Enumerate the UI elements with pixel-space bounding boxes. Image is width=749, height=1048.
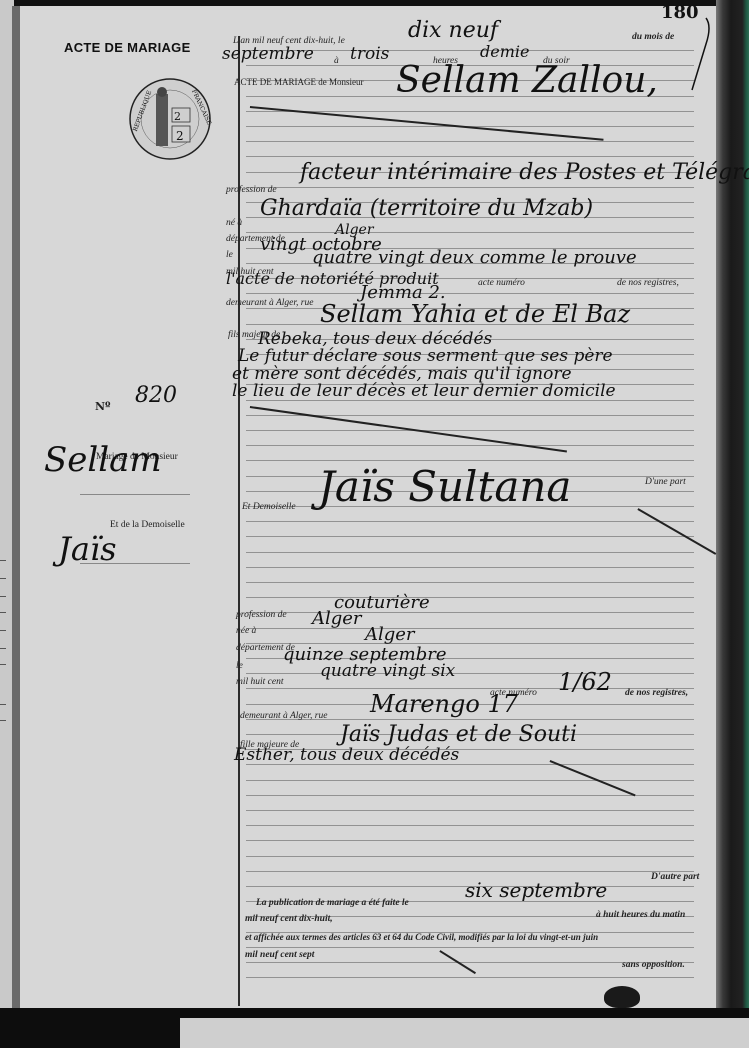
minutes-value: demie: [480, 42, 529, 61]
bride-margin-label: Et de la Demoiselle: [110, 520, 185, 530]
column-divider: [238, 36, 240, 1006]
left-binding-edge: [12, 6, 20, 1010]
bride-parents-2: Esther, tous deux décédés: [234, 745, 459, 765]
publication-date: six septembre: [465, 878, 607, 902]
numero-label: Nº: [95, 400, 111, 413]
hour-value: trois: [350, 44, 389, 64]
ink-blot: [604, 986, 640, 1008]
bride-parents-1: Jaïs Judas et de Souti: [340, 722, 577, 747]
right-binding-edge: [716, 0, 749, 1010]
groom-fullname: Sellam Zallou,: [396, 60, 658, 101]
bracket-mark: [684, 16, 714, 96]
note-line-1: Le futur déclare sous serment que ses pè…: [238, 346, 613, 366]
groom-birthplace: Ghardaïa (territoire du Mzab): [260, 196, 593, 221]
bride-acte-numero: 1/62: [558, 668, 612, 696]
day-value: dix neuf: [408, 18, 498, 43]
acte-label: ACTE DE MARIAGE de Monsieur: [234, 77, 364, 87]
publication-label: La publication de mariage a été faite le: [256, 898, 409, 908]
month-value: septembre: [222, 44, 314, 64]
groom-margin-name: Sellam: [44, 440, 162, 480]
record-number: Nº 820: [95, 395, 111, 414]
document-title: ACTE DE MARIAGE: [64, 40, 191, 55]
svg-text:2: 2: [176, 129, 184, 143]
numero-value: 820: [135, 383, 177, 408]
bride-fullname: Jaïs Sultana: [318, 462, 571, 511]
month-label: du mois de: [632, 32, 674, 42]
bride-address: Marengo 17: [370, 690, 518, 718]
groom-birthyear: quatre vingt deux comme le prouve: [312, 247, 637, 268]
svg-text:2: 2: [174, 110, 181, 123]
bride-birthyear: quatre vingt six: [320, 661, 455, 681]
bride-birthplace: Alger: [312, 608, 362, 629]
bride-departement: Alger: [365, 624, 415, 645]
groom-parents-1: Sellam Yahia et de El Baz: [320, 300, 630, 328]
fiscal-stamp-icon: 2 2 REPUBLIQUE FRANCAISE: [128, 78, 212, 160]
groom-profession: facteur intérimaire des Postes et Télégr…: [300, 160, 749, 185]
note-line-3: le lieu de leur décès et leur dernier do…: [232, 381, 616, 401]
next-page-edge: [180, 1018, 749, 1048]
